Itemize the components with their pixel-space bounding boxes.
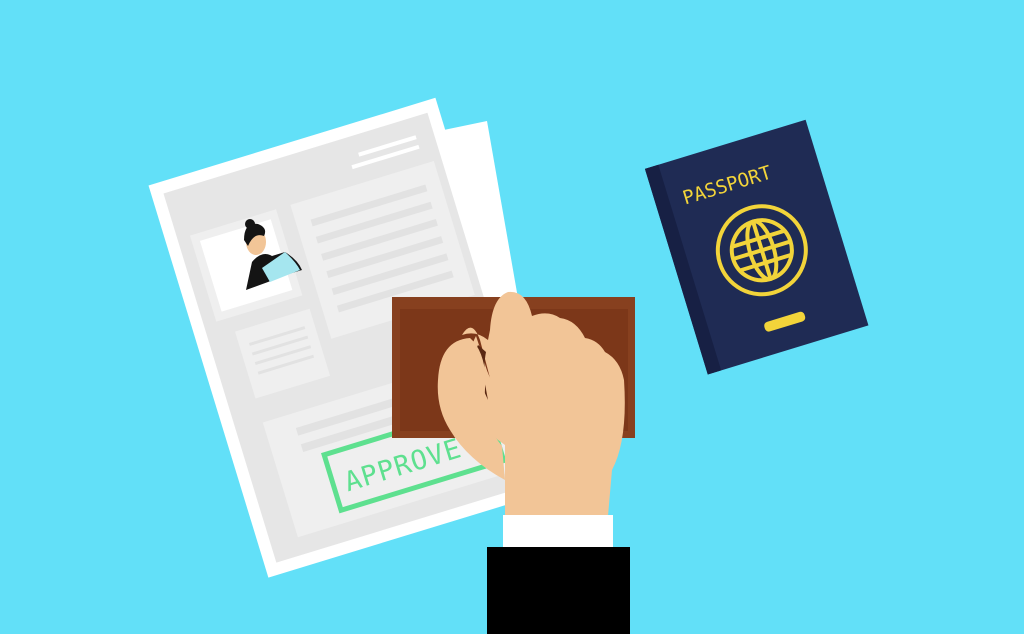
suit-sleeve	[487, 547, 630, 634]
illustration-scene: APPROVE PASSPORT	[0, 0, 1024, 634]
shirt-cuff	[503, 515, 613, 548]
